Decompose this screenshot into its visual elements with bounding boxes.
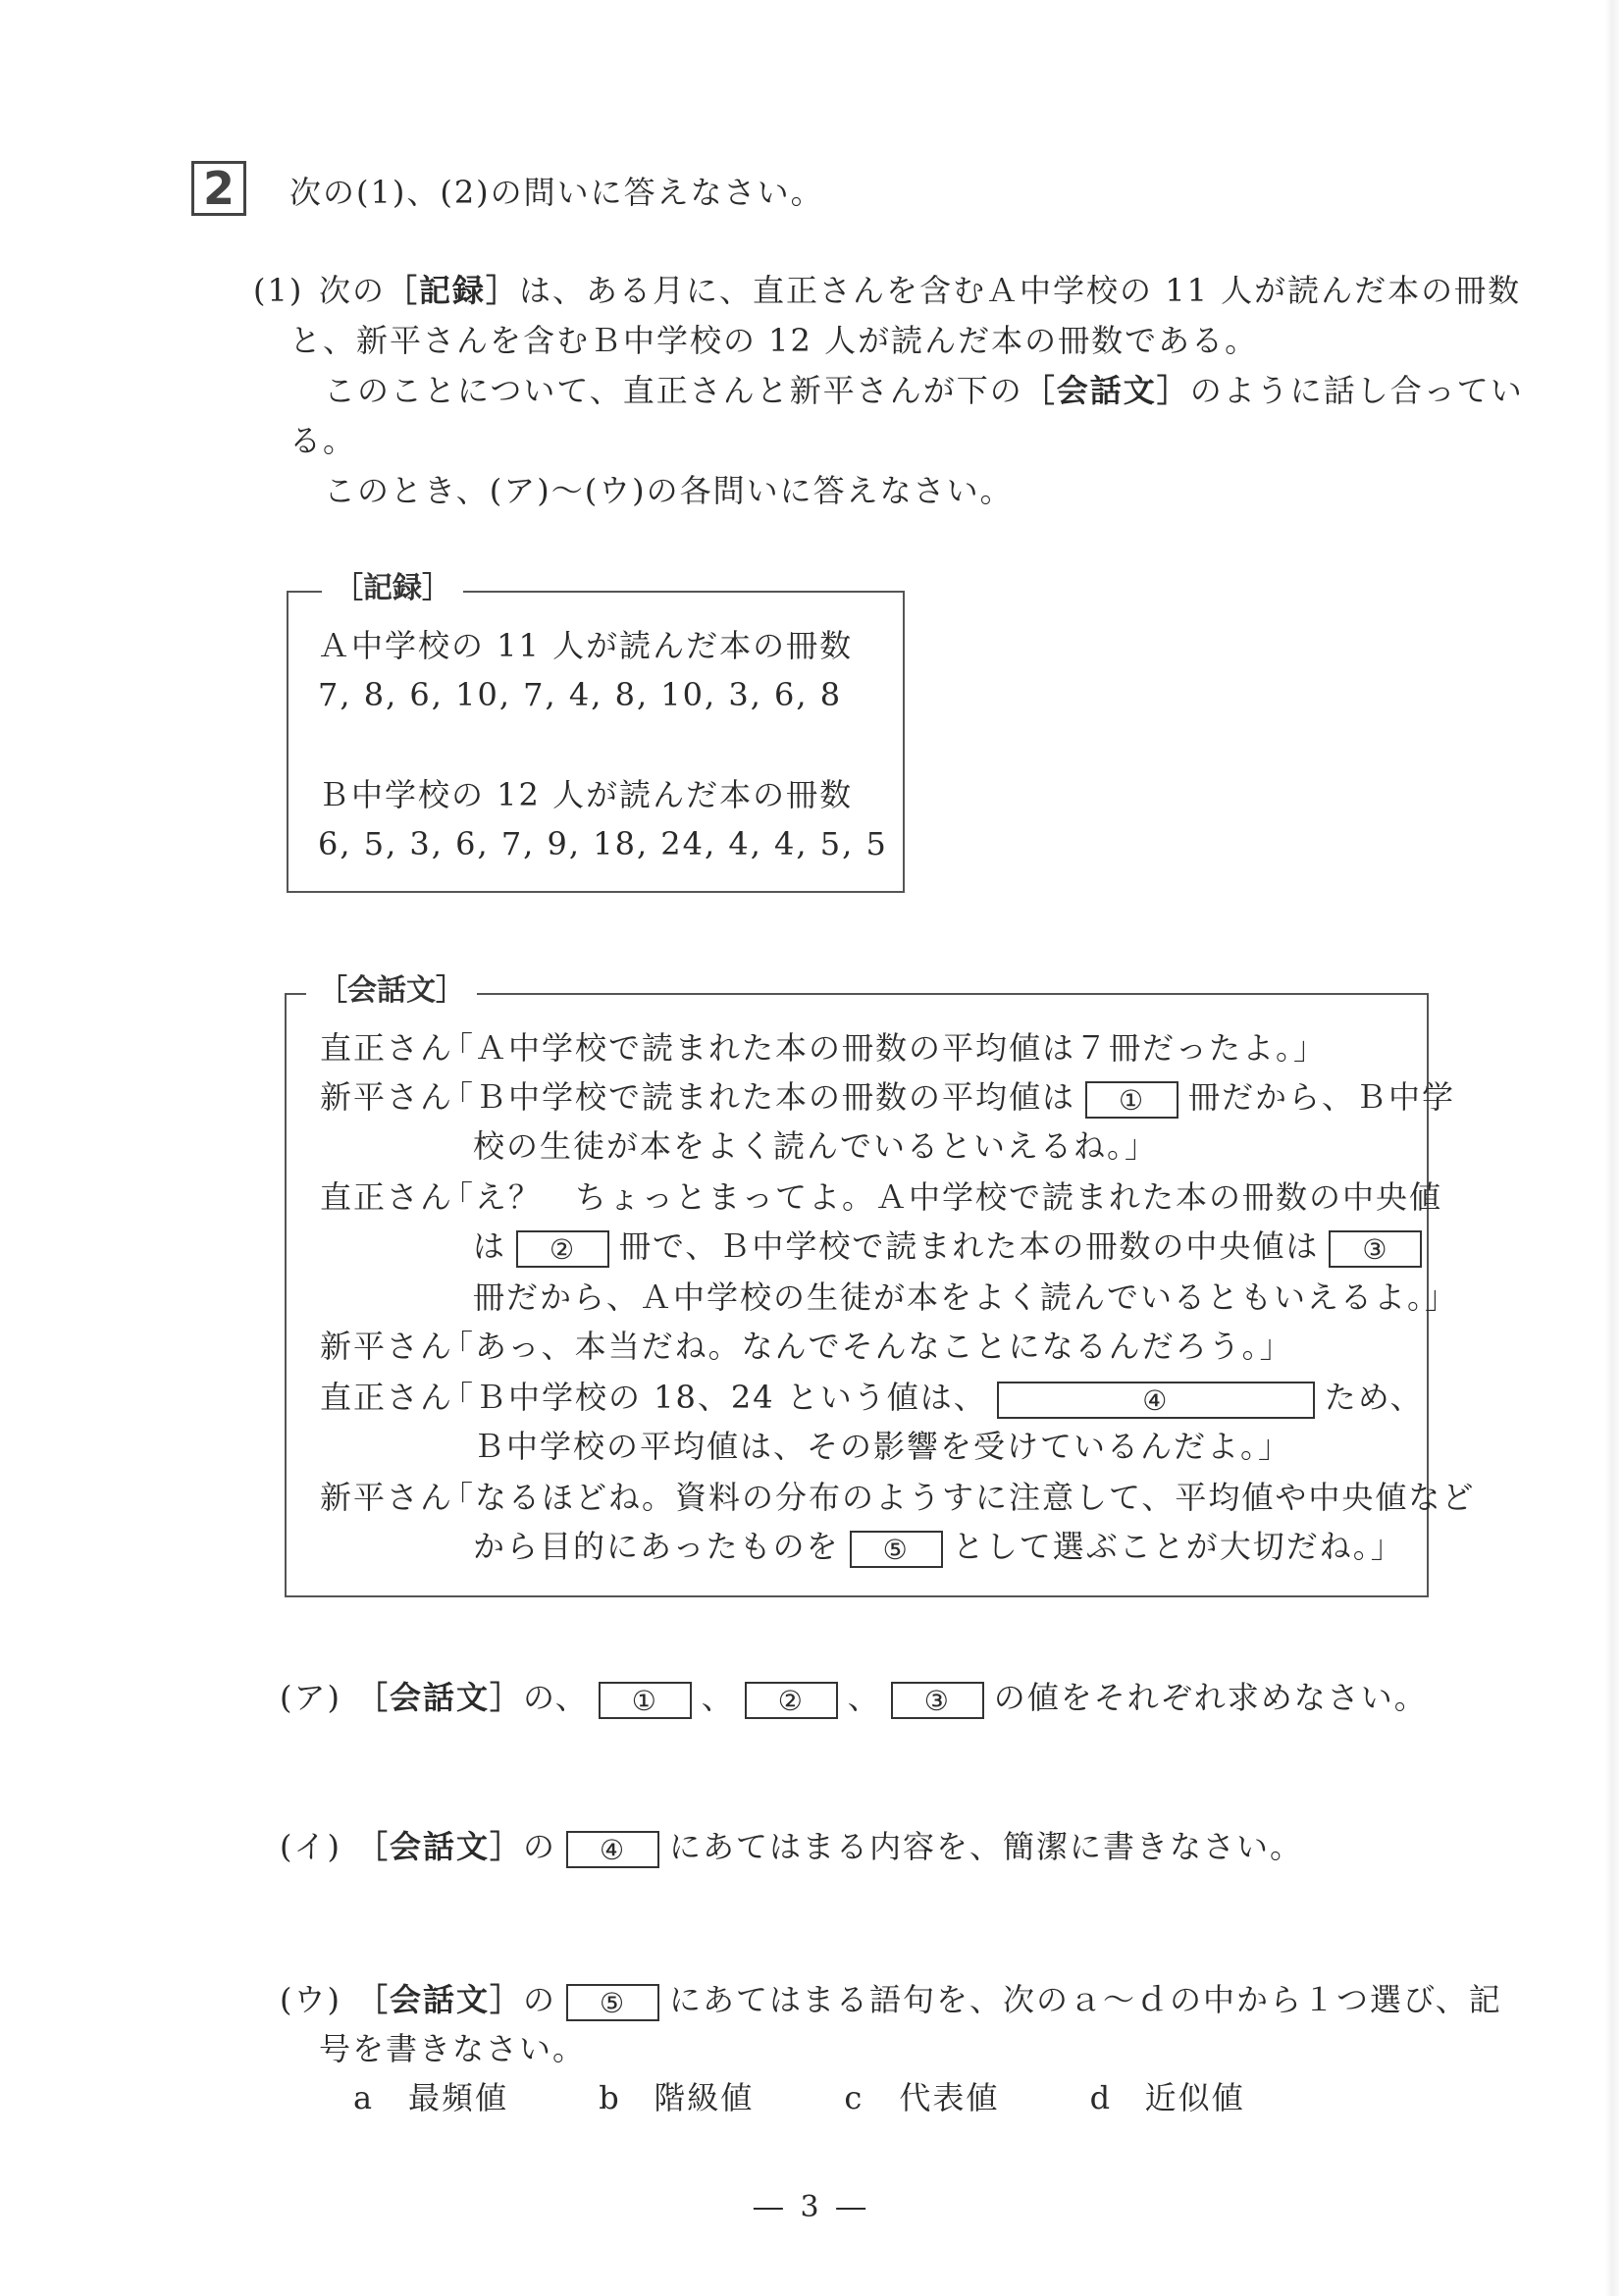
subquestion-b: (イ)［会話文］の④にあてはまる内容を、簡潔に書きなさい。 — [280, 1827, 1303, 1868]
section-number-box: 2 — [191, 161, 246, 216]
conversation-line-1: 直正さん「Ａ中学校で読まれた本の冊数の平均値は７冊だったよ。」 — [320, 1028, 1327, 1068]
blank-4-ref: ④ — [566, 1831, 659, 1868]
subquestion-a: (ア)［会話文］の、①、②、③の値をそれぞれ求めなさい。 — [280, 1678, 1428, 1719]
blank-3: ③ — [1329, 1230, 1422, 1268]
choice-text: 近似値 — [1145, 2079, 1245, 2116]
utterance: 冊だから、Ｂ中学 — [1188, 1078, 1455, 1116]
subquestion-c: (ウ)［会話文］の⑤にあてはまる語句を、次のａ～ｄの中から１つ選び、記 — [280, 1980, 1502, 2021]
utterance: 「Ａ中学校で読まれた本の冊数の平均値は７冊だったよ。」 — [442, 1029, 1327, 1067]
scan-edge-shadow — [1605, 0, 1619, 2296]
subquestion-c-label: (ウ) — [280, 1980, 356, 2019]
intro-text: このことについて、直正さんと新平さんが下の — [324, 372, 1023, 409]
speaker-naomasa: 直正さん — [320, 1028, 442, 1068]
choice-d: d近似値 — [1090, 2078, 1245, 2117]
conversation-line-11: から目的にあったものを⑤として選ぶことが大切だね。」 — [473, 1527, 1404, 1568]
utterance: 冊で、Ｂ中学校で読まれた本の冊数の中央値は — [619, 1227, 1319, 1265]
question-text: にあてはまる内容を、簡潔に書きなさい。 — [669, 1828, 1303, 1865]
conversation-ref: ［会話文］ — [356, 1679, 523, 1716]
question-1-label: (1) — [253, 271, 303, 310]
conversation-line-10: 新平さん「なるほどね。資料の分布のようすに注意して、平均値や中央値など — [320, 1478, 1475, 1517]
intro-line-3: このことについて、直正さんと新平さんが下の［会話文］のように話し合ってい — [324, 371, 1524, 410]
utterance: から目的にあったものを — [473, 1528, 840, 1565]
section-instruction: 次の(1)、(2)の問いに答えなさい。 — [289, 173, 824, 212]
utterance: 「なるほどね。資料の分布のようすに注意して、平均値や中央値など — [442, 1479, 1475, 1516]
school-b-title: Ｂ中学校の 12 人が読んだ本の冊数 — [318, 775, 853, 814]
speaker-shinpei: 新平さん — [320, 1478, 442, 1517]
utterance: ため、 — [1325, 1379, 1424, 1416]
conversation-box: ［会話文］ 直正さん「Ａ中学校で読まれた本の冊数の平均値は７冊だったよ。」 新平… — [285, 993, 1429, 1597]
choice-letter: c — [844, 2078, 899, 2117]
separator: 、 — [702, 1679, 735, 1716]
school-a-title: Ａ中学校の 11 人が読んだ本の冊数 — [318, 626, 853, 665]
utterance: 「Ｂ中学校の 18、24 という値は、 — [442, 1379, 987, 1416]
conversation-ref: ［会話文］ — [1023, 372, 1190, 409]
question-text: の、 — [523, 1679, 589, 1716]
blank-4: ④ — [997, 1382, 1315, 1419]
conversation-line-2: 新平さん「Ｂ中学校で読まれた本の冊数の平均値は①冊だから、Ｂ中学 — [320, 1077, 1455, 1119]
conversation-line-6: 冊だから、Ａ中学校の生徒が本をよく読んでいるともいえるよ。」 — [473, 1278, 1458, 1317]
conversation-line-3: 校の生徒が本をよく読んでいるといえるね。」 — [473, 1126, 1158, 1166]
utterance: 「え？ ちょっとまってよ。Ａ中学校で読まれた本の冊数の中央値 — [442, 1178, 1442, 1216]
intro-line-1: 次の［記録］は、ある月に、直正さんを含むＡ中学校の 11 人が読んだ本の冊数 — [319, 271, 1521, 310]
separator: 、 — [848, 1679, 881, 1716]
school-a-values: 7, 8, 6, 10, 7, 4, 8, 10, 3, 6, 8 — [318, 675, 842, 714]
speaker-shinpei: 新平さん — [320, 1327, 442, 1366]
blank-3-ref: ③ — [891, 1682, 984, 1719]
conversation-ref: ［会話文］ — [356, 1828, 523, 1865]
conversation-line-8: 直正さん「Ｂ中学校の 18、24 という値は、④ため、 — [320, 1378, 1424, 1419]
utterance: 「Ｂ中学校で読まれた本の冊数の平均値は — [442, 1078, 1075, 1116]
choice-list: a最頻値 b階級値 c代表値 d近似値 — [353, 2078, 1324, 2117]
intro-line-2: と、新平さんを含むＢ中学校の 12 人が読んだ本の冊数である。 — [289, 321, 1258, 360]
intro-line-5: このとき、(ア)～(ウ)の各問いに答えなさい。 — [324, 471, 1014, 510]
blank-2: ② — [516, 1230, 609, 1268]
subquestion-c-continuation: 号を書きなさい。 — [319, 2029, 586, 2068]
utterance: 「あっ、本当だね。なんでそんなことになるんだろう。」 — [442, 1328, 1293, 1365]
choice-a: a最頻値 — [353, 2078, 508, 2117]
subquestion-b-label: (イ) — [280, 1827, 356, 1866]
question-text: の — [523, 1828, 556, 1865]
intro-text: 次の — [319, 272, 386, 309]
conversation-line-9: Ｂ中学校の平均値は、その影響を受けているんだよ。」 — [473, 1427, 1291, 1466]
subquestion-a-label: (ア) — [280, 1678, 356, 1717]
page-number: ― 3 ― — [0, 2190, 1623, 2224]
blank-1: ① — [1085, 1081, 1178, 1119]
intro-text: のように話し合ってい — [1190, 372, 1524, 409]
choice-c: c代表値 — [844, 2078, 999, 2117]
question-text: にあてはまる語句を、次のａ～ｄの中から１つ選び、記 — [669, 1981, 1502, 2018]
utterance: は — [473, 1227, 506, 1265]
blank-5: ⑤ — [850, 1531, 943, 1568]
speaker-naomasa: 直正さん — [320, 1378, 442, 1417]
record-ref: ［記録］ — [386, 272, 519, 309]
utterance: として選ぶことが大切だね。」 — [953, 1528, 1404, 1565]
choice-b: b階級値 — [599, 2078, 754, 2117]
intro-line-4: る。 — [289, 421, 356, 460]
speaker-naomasa: 直正さん — [320, 1177, 442, 1217]
choice-letter: d — [1090, 2078, 1145, 2117]
blank-2-ref: ② — [745, 1682, 838, 1719]
conversation-line-7: 新平さん「あっ、本当だね。なんでそんなことになるんだろう。」 — [320, 1327, 1293, 1366]
choice-text: 最頻値 — [408, 2079, 508, 2116]
choice-text: 代表値 — [899, 2079, 999, 2116]
choice-text: 階級値 — [654, 2079, 754, 2116]
conversation-line-5: は②冊で、Ｂ中学校で読まれた本の冊数の中央値は③ — [473, 1226, 1432, 1268]
choice-letter: b — [599, 2078, 654, 2117]
choice-letter: a — [353, 2078, 408, 2117]
record-box: ［記録］ Ａ中学校の 11 人が読んだ本の冊数 7, 8, 6, 10, 7, … — [287, 591, 905, 893]
speaker-shinpei: 新平さん — [320, 1077, 442, 1117]
conversation-line-4: 直正さん「え？ ちょっとまってよ。Ａ中学校で読まれた本の冊数の中央値 — [320, 1177, 1442, 1217]
question-text: の値をそれぞれ求めなさい。 — [994, 1679, 1428, 1716]
school-b-values: 6, 5, 3, 6, 7, 9, 18, 24, 4, 4, 5, 5 — [318, 824, 888, 863]
conversation-label: ［会話文］ — [306, 971, 477, 1011]
conversation-ref: ［会話文］ — [356, 1981, 523, 2018]
blank-1-ref: ① — [599, 1682, 692, 1719]
blank-5-ref: ⑤ — [566, 1984, 659, 2021]
intro-text: は、ある月に、直正さんを含むＡ中学校の 11 人が読んだ本の冊数 — [519, 272, 1521, 309]
record-label: ［記録］ — [322, 569, 463, 608]
question-text: の — [523, 1981, 556, 2018]
